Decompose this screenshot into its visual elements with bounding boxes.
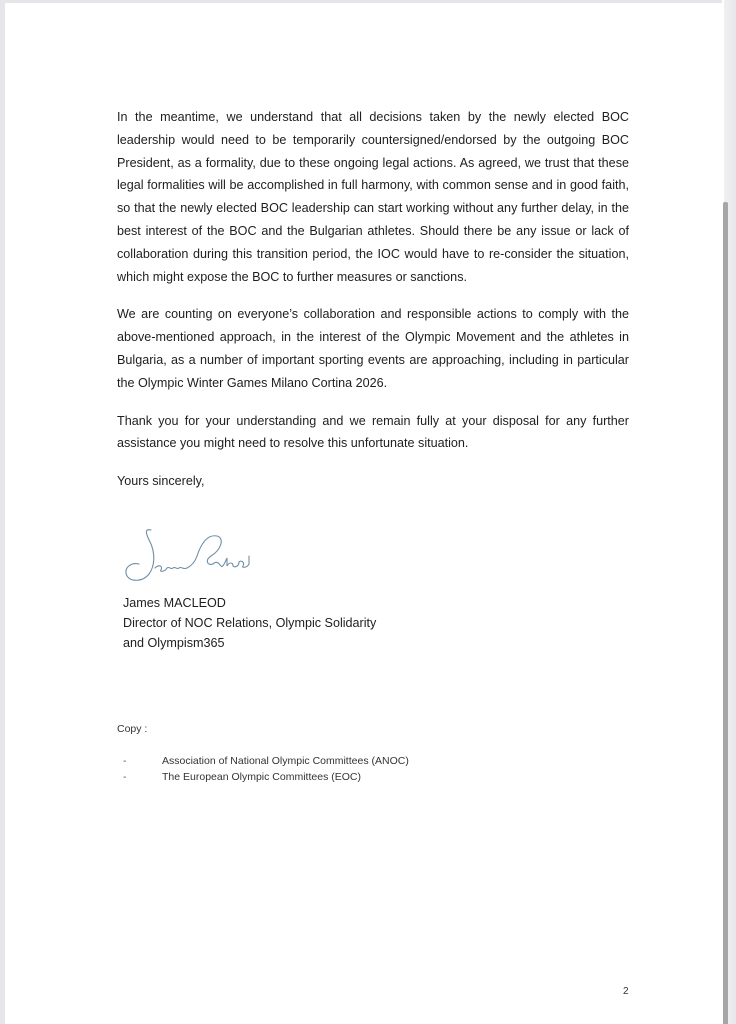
copy-list: - Association of National Olympic Commit… [117, 753, 409, 785]
list-dash: - [117, 769, 162, 785]
copy-item: - The European Olympic Committees (EOC) [117, 769, 409, 785]
signer-title: Director of NOC Relations, Olympic Solid… [123, 613, 376, 633]
paragraph-transition: In the meantime, we understand that all … [117, 106, 629, 288]
signer-name: James MACLEOD [123, 593, 376, 613]
scrollbar-thumb[interactable] [723, 202, 728, 1024]
letter-body: In the meantime, we understand that all … [117, 106, 629, 493]
document-page: In the meantime, we understand that all … [5, 3, 733, 1024]
signer-title-continued: and Olympism365 [123, 633, 376, 653]
closing-salutation: Yours sincerely, [117, 470, 629, 493]
copy-label: Copy : [117, 723, 147, 735]
page-number: 2 [623, 986, 629, 997]
signer-block: James MACLEOD Director of NOC Relations,… [123, 593, 376, 653]
signature-icon [121, 522, 261, 594]
copy-recipient: The European Olympic Committees (EOC) [162, 769, 361, 785]
paragraph-collaboration: We are counting on everyone’s collaborat… [117, 303, 629, 394]
copy-recipient: Association of National Olympic Committe… [162, 753, 409, 769]
copy-item: - Association of National Olympic Commit… [117, 753, 409, 769]
list-dash: - [117, 753, 162, 769]
paragraph-thanks: Thank you for your understanding and we … [117, 410, 629, 456]
